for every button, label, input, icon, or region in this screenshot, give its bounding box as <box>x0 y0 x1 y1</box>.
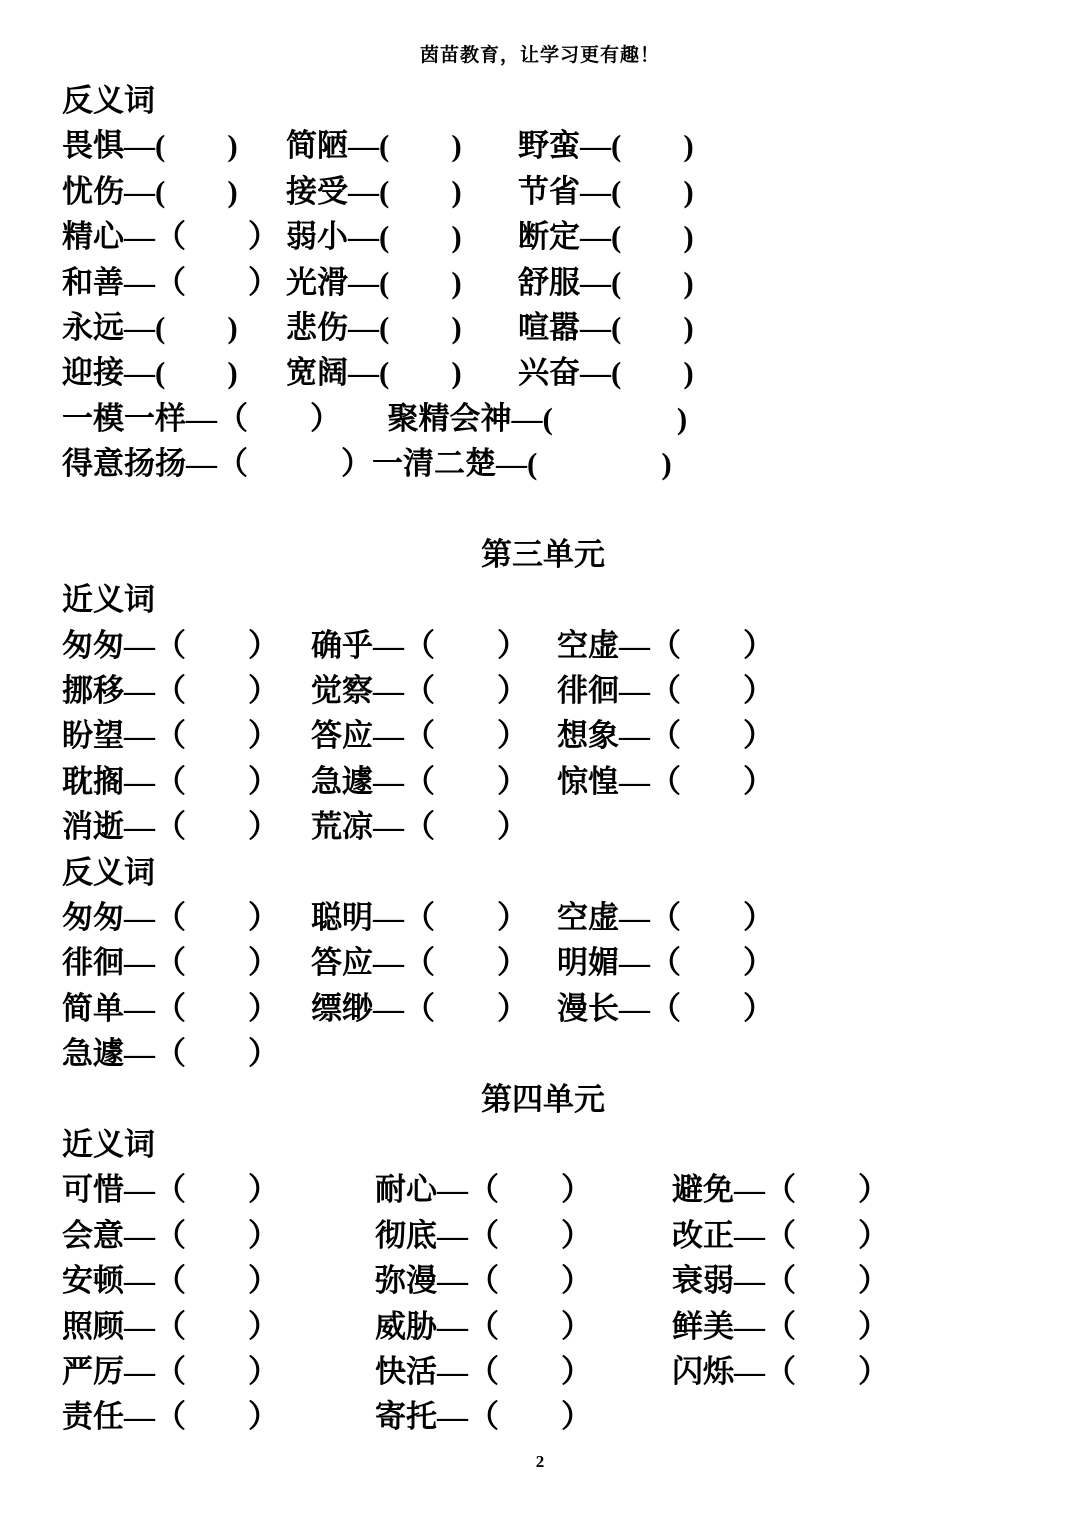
word-pair-row: 照顾—（ ） 威胁—（ ） 鲜美—（ ） <box>62 1304 1024 1349</box>
word-pair: 匆匆—（ ） <box>62 623 311 668</box>
word-pair-row: 可惜—（ ） 耐心—（ ） 避免—（ ） <box>62 1167 1024 1212</box>
word-pair: 耽搁—（ ） <box>62 759 311 804</box>
word-pair: 耐心—（ ） <box>375 1167 672 1212</box>
word-pair-row: 会意—（ ） 彻底—（ ） 改正—（ ） <box>62 1213 1024 1258</box>
word-pair: 漫长—（ ） <box>557 986 1024 1031</box>
word-pair: 快活—（ ） <box>375 1349 672 1394</box>
word-pair: 精心—（ ） <box>62 214 286 259</box>
unit3-title: 第三单元 <box>62 532 1024 577</box>
word-pair: 鲜美—（ ） <box>672 1304 1024 1349</box>
word-pair: 节省—( ) <box>518 169 1024 214</box>
word-pair-row: 忧伤—( ) 接受—( ) 节省—( ) <box>62 169 1024 214</box>
word-pair: 避免—（ ） <box>672 1167 1024 1212</box>
word-pair <box>557 1031 1024 1076</box>
word-pair: 确乎—（ ） <box>311 623 557 668</box>
word-pair: 悲伤—( ) <box>286 305 518 350</box>
word-pair: 舒服—( ) <box>518 260 1024 305</box>
word-pair: 接受—( ) <box>286 169 518 214</box>
word-pair-row: 迎接—( ) 宽阔—( ) 兴奋—( ) <box>62 350 1024 395</box>
word-pair: 喧嚣—( ) <box>518 305 1024 350</box>
word-pair: 断定—( ) <box>518 214 1024 259</box>
word-pair: 可惜—（ ） <box>62 1167 375 1212</box>
word-pair: 徘徊—（ ） <box>557 668 1024 713</box>
word-pair <box>557 804 1024 849</box>
word-pair: 闪烁—（ ） <box>672 1349 1024 1394</box>
word-pair: 改正—（ ） <box>672 1213 1024 1258</box>
word-pair: 迎接—( ) <box>62 350 286 395</box>
word-pair-row: 匆匆—（ ） 确乎—（ ） 空虚—（ ） <box>62 623 1024 668</box>
word-pair: 永远—( ) <box>62 305 286 350</box>
word-pair: 空虚—（ ） <box>557 623 1024 668</box>
word-pair: 畏惧—( ) <box>62 123 286 168</box>
synonym-section-label: 近义词 <box>62 1122 1024 1167</box>
blank-line <box>62 487 1024 532</box>
word-pair: 急遽—（ ） <box>311 759 557 804</box>
word-pair: 忧伤—( ) <box>62 169 286 214</box>
word-pair: 觉察—（ ） <box>311 668 557 713</box>
word-pair: 惊惶—（ ） <box>557 759 1024 804</box>
word-pair <box>672 1394 1024 1439</box>
word-pair: 寄托—（ ） <box>375 1394 672 1439</box>
worksheet-content: 反义词 畏惧—( ) 简陋—( ) 野蛮—( ) 忧伤—( ) 接受—( ) 节… <box>62 78 1024 1440</box>
word-pair: 缥缈—（ ） <box>311 986 557 1031</box>
word-pair-row: 畏惧—( ) 简陋—( ) 野蛮—( ) <box>62 123 1024 168</box>
word-pair-row: 精心—（ ） 弱小—( ) 断定—( ) <box>62 214 1024 259</box>
word-pair-row: 简单—（ ） 缥缈—（ ） 漫长—（ ） <box>62 986 1024 1031</box>
word-pair: 会意—（ ） <box>62 1213 375 1258</box>
word-pair-row: 永远—( ) 悲伤—( ) 喧嚣—( ) <box>62 305 1024 350</box>
word-pair <box>311 1031 557 1076</box>
word-pair: 弱小—( ) <box>286 214 518 259</box>
word-pair: 严厉—（ ） <box>62 1349 375 1394</box>
word-pair: 光滑—( ) <box>286 260 518 305</box>
word-pair: 简陋—( ) <box>286 123 518 168</box>
word-pair: 野蛮—( ) <box>518 123 1024 168</box>
unit4-title: 第四单元 <box>62 1077 1024 1122</box>
worksheet-page: 茵苗教育，让学习更有趣！ 反义词 畏惧—( ) 简陋—( ) 野蛮—( ) 忧伤… <box>0 0 1080 1527</box>
word-pair: 聪明—（ ） <box>311 895 557 940</box>
antonym-section-label: 反义词 <box>62 78 1024 123</box>
antonym-section-label: 反义词 <box>62 850 1024 895</box>
word-pair-row: 匆匆—（ ） 聪明—（ ） 空虚—（ ） <box>62 895 1024 940</box>
word-pair-row: 耽搁—（ ） 急遽—（ ） 惊惶—（ ） <box>62 759 1024 804</box>
word-pair-row: 和善—（ ） 光滑—( ) 舒服—( ) <box>62 260 1024 305</box>
word-pair-row: 消逝—（ ） 荒凉—（ ） <box>62 804 1024 849</box>
word-pair-row: 责任—（ ） 寄托—（ ） <box>62 1394 1024 1439</box>
word-pair: 消逝—（ ） <box>62 804 311 849</box>
word-pair: 挪移—（ ） <box>62 668 311 713</box>
word-pair: 彻底—（ ） <box>375 1213 672 1258</box>
word-pair: 荒凉—（ ） <box>311 804 557 849</box>
word-pair: 空虚—（ ） <box>557 895 1024 940</box>
word-pair: 盼望—（ ） <box>62 713 311 758</box>
word-pair-row: 盼望—（ ） 答应—（ ） 想象—（ ） <box>62 713 1024 758</box>
idiom-pair-row: 一模一样—（ ） 聚精会神—( ) <box>62 396 1024 441</box>
word-pair-row: 安顿—（ ） 弥漫—（ ） 衰弱—（ ） <box>62 1258 1024 1303</box>
word-pair: 明媚—（ ） <box>557 940 1024 985</box>
word-pair: 兴奋—( ) <box>518 350 1024 395</box>
word-pair-row: 严厉—（ ） 快活—（ ） 闪烁—（ ） <box>62 1349 1024 1394</box>
word-pair: 衰弱—（ ） <box>672 1258 1024 1303</box>
word-pair-row: 挪移—（ ） 觉察—（ ） 徘徊—（ ） <box>62 668 1024 713</box>
word-pair: 答应—（ ） <box>311 940 557 985</box>
word-pair: 匆匆—（ ） <box>62 895 311 940</box>
word-pair-row: 徘徊—（ ） 答应—（ ） 明媚—（ ） <box>62 940 1024 985</box>
word-pair: 急遽—（ ） <box>62 1031 311 1076</box>
header-slogan: 茵苗教育，让学习更有趣！ <box>0 0 1080 67</box>
word-pair: 简单—（ ） <box>62 986 311 1031</box>
word-pair: 答应—（ ） <box>311 713 557 758</box>
word-pair-row: 急遽—（ ） <box>62 1031 1024 1076</box>
word-pair: 徘徊—（ ） <box>62 940 311 985</box>
word-pair: 安顿—（ ） <box>62 1258 375 1303</box>
word-pair: 弥漫—（ ） <box>375 1258 672 1303</box>
word-pair: 宽阔—( ) <box>286 350 518 395</box>
word-pair: 想象—（ ） <box>557 713 1024 758</box>
synonym-section-label: 近义词 <box>62 577 1024 622</box>
word-pair: 照顾—（ ） <box>62 1304 375 1349</box>
page-number: 2 <box>0 1440 1080 1484</box>
word-pair: 威胁—（ ） <box>375 1304 672 1349</box>
idiom-pair-row: 得意扬扬—（ ）一清二楚—( ) <box>62 441 1024 486</box>
word-pair: 责任—（ ） <box>62 1394 375 1439</box>
word-pair: 和善—（ ） <box>62 260 286 305</box>
